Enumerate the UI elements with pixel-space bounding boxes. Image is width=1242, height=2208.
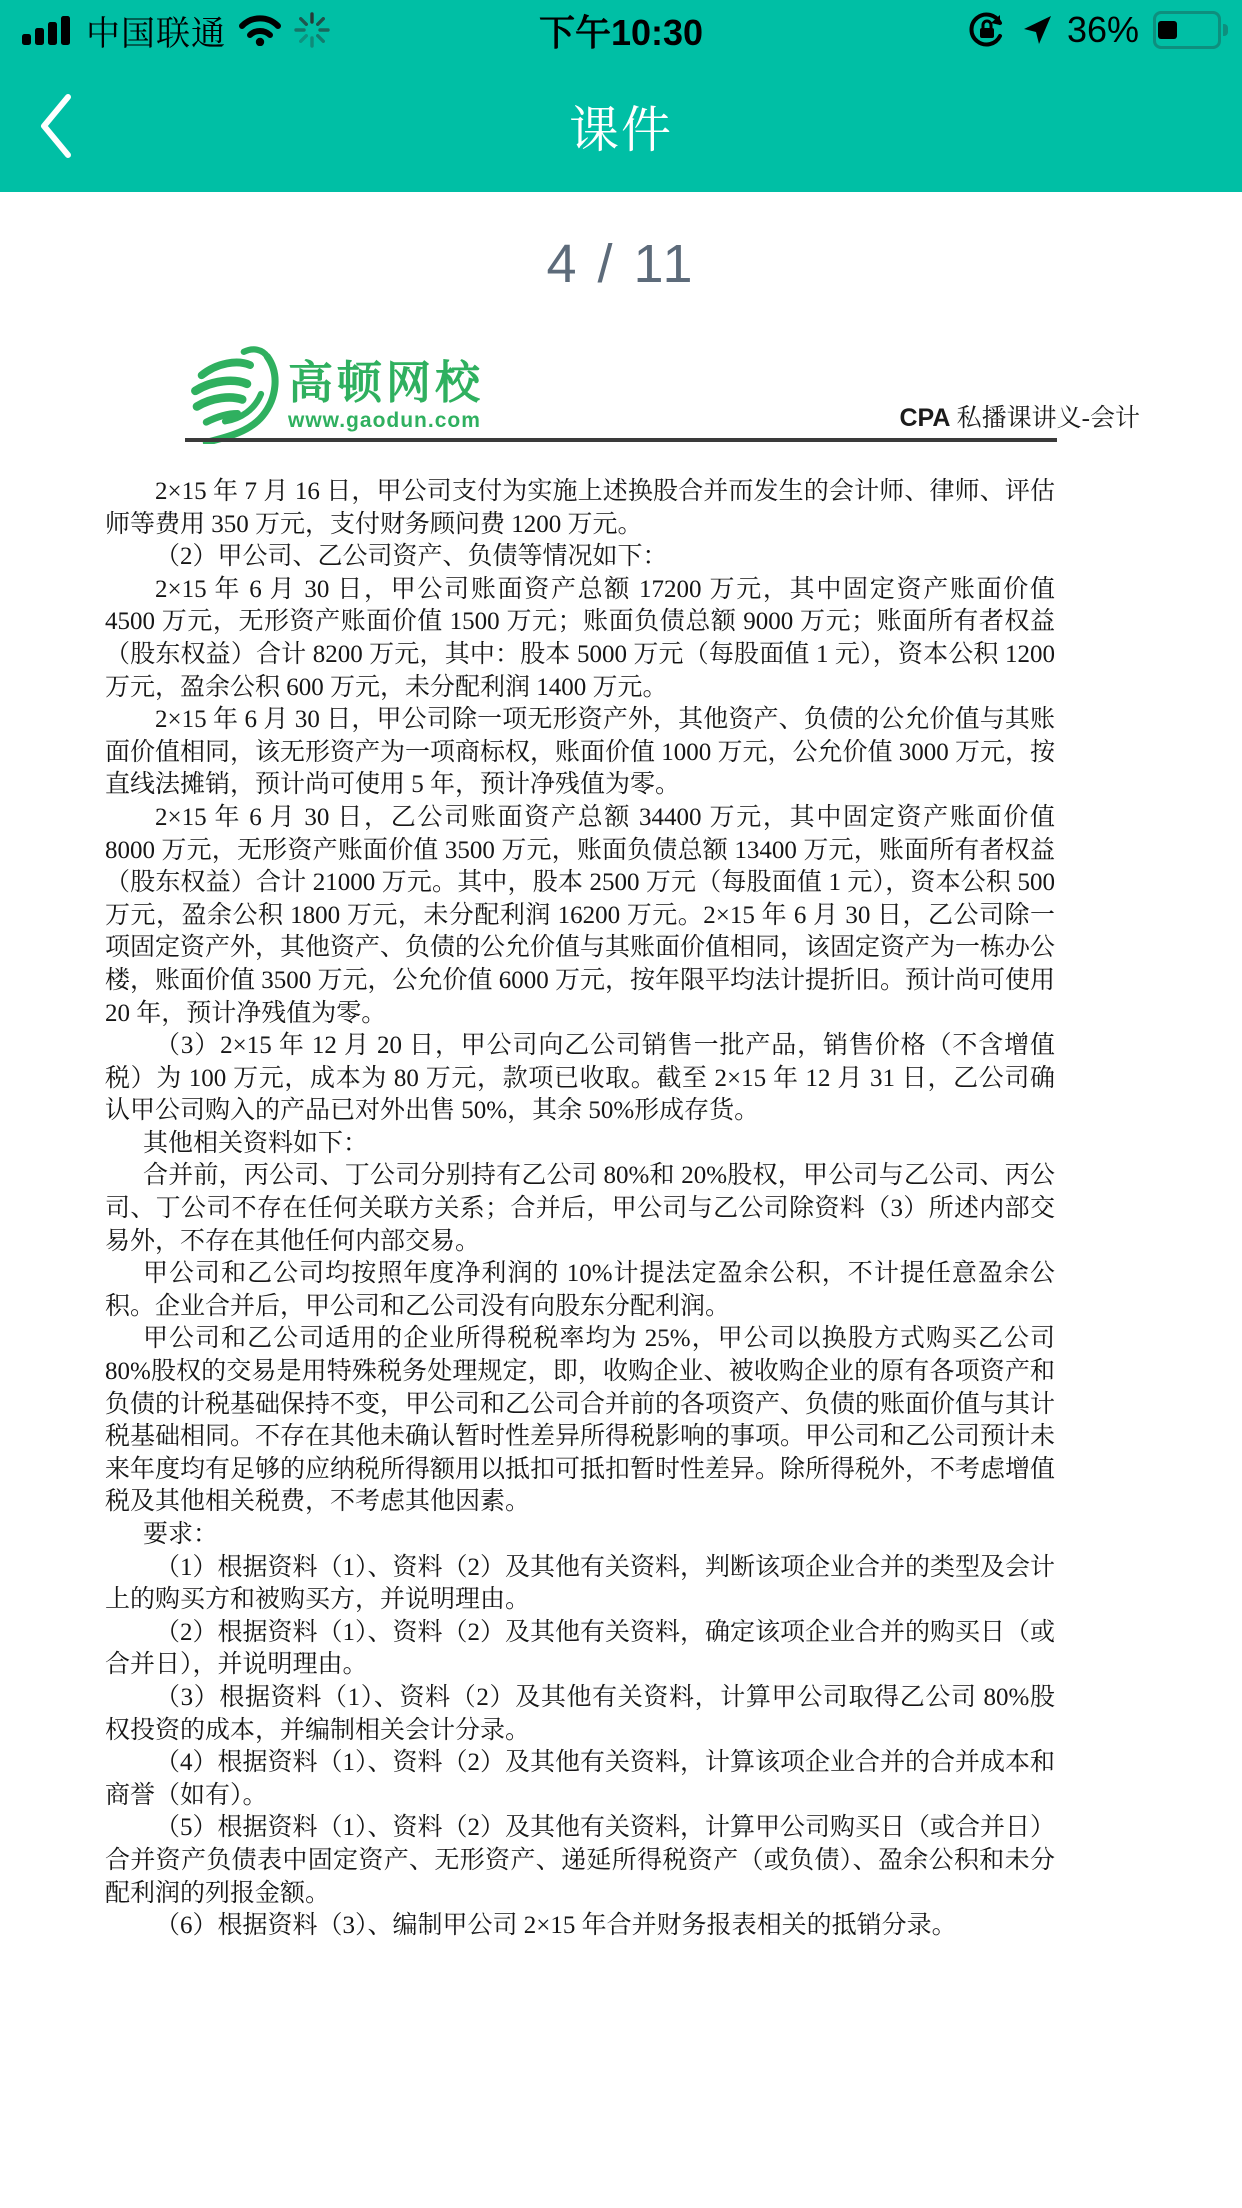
gaodun-logo-url: www.gaodun.com xyxy=(288,409,484,433)
document-paragraph: 要求： xyxy=(105,1519,1055,1552)
document-paragraph: （3）根据资料（1）、资料（2）及其他有关资料，计算甲公司取得乙公司 80%股权… xyxy=(105,1682,1055,1747)
document-paragraph: （4）根据资料（1）、资料（2）及其他有关资料，计算该项企业合并的合并成本和商誉… xyxy=(105,1747,1055,1812)
wifi-icon xyxy=(238,14,282,46)
document-paragraph: （1）根据资料（1）、资料（2）及其他有关资料，判断该项企业合并的类型及会计上的… xyxy=(105,1552,1055,1617)
status-bar: 中国联通 xyxy=(0,0,1242,60)
header-divider xyxy=(185,438,1057,442)
battery-nub xyxy=(1223,24,1228,36)
rotation-lock-icon xyxy=(967,10,1007,50)
document-header: 高顿网校 www.gaodun.com CPA 私播课讲义-会计 xyxy=(0,344,1242,440)
document-paragraph: 其他相关资料如下： xyxy=(105,1128,1055,1161)
document-paragraph: 甲公司和乙公司适用的企业所得税税率均为 25%，甲公司以换股方式购买乙公司 80… xyxy=(105,1323,1055,1519)
location-arrow-icon xyxy=(1021,14,1053,46)
status-bar-left: 中国联通 xyxy=(0,6,330,55)
document-paragraph: （2）甲公司、乙公司资产、负债等情况如下： xyxy=(105,541,1055,574)
top-teal-block: 中国联通 xyxy=(0,0,1242,192)
lecture-notes-text: 私播课讲义-会计 xyxy=(957,405,1140,432)
page-title: 课件 xyxy=(569,90,673,162)
status-bar-right: 36% xyxy=(967,9,1242,51)
document-paragraph: 2×15 年 7 月 16 日，甲公司支付为实施上述换股合并而发生的会计师、律师… xyxy=(105,476,1055,541)
cpa-label: CPA xyxy=(899,404,950,432)
document-paragraph: 2×15 年 6 月 30 日，乙公司账面资产总额 34400 万元，其中固定资… xyxy=(105,802,1055,1030)
chevron-left-icon xyxy=(36,91,76,161)
back-button[interactable] xyxy=(36,90,80,162)
gaodun-logo: 高顿网校 www.gaodun.com xyxy=(188,344,484,444)
carrier-label: 中国联通 xyxy=(86,6,226,55)
document-paragraph: 2×15 年 6 月 30 日，甲公司账面资产总额 17200 万元，其中固定资… xyxy=(105,574,1055,704)
document-paragraph: （2）根据资料（1）、资料（2）及其他有关资料，确定该项企业合并的购买日（或合并… xyxy=(105,1617,1055,1682)
activity-spinner-icon xyxy=(294,12,330,48)
document-page: 高顿网校 www.gaodun.com CPA 私播课讲义-会计 2×15 年 … xyxy=(0,344,1242,1943)
document-paragraph: 2×15 年 6 月 30 日，甲公司除一项无形资产外，其他资产、负债的公允价值… xyxy=(105,704,1055,802)
page-indicator: 4 / 11 xyxy=(0,234,1242,294)
courseware-viewer[interactable]: 4 / 11 xyxy=(0,234,1242,1943)
battery-icon xyxy=(1153,11,1228,49)
document-paragraph: 合并前，丙公司、丁公司分别持有乙公司 80%和 20%股权，甲公司与乙公司、丙公… xyxy=(105,1160,1055,1258)
document-paragraph: 甲公司和乙公司均按照年度净利润的 10%计提法定盈余公积，不计提任意盈余公积。企… xyxy=(105,1258,1055,1323)
nav-bar: 课件 xyxy=(0,60,1242,192)
document-paragraph: （6）根据资料（3）、编制甲公司 2×15 年合并财务报表相关的抵销分录。 xyxy=(105,1910,1055,1943)
battery-percent-label: 36% xyxy=(1067,9,1139,51)
document-paragraph: （3）2×15 年 12 月 20 日，甲公司向乙公司销售一批产品，销售价格（不… xyxy=(105,1030,1055,1128)
signal-bars-icon xyxy=(22,15,74,45)
gaodun-logo-text: 高顿网校 www.gaodun.com xyxy=(288,344,484,433)
gaodun-logo-title: 高顿网校 xyxy=(288,360,484,405)
document-body: 2×15 年 7 月 16 日，甲公司支付为实施上述换股合并而发生的会计师、律师… xyxy=(105,476,1055,1943)
lecture-notes-label: CPA 私播课讲义-会计 xyxy=(899,398,1140,434)
document-paragraph: （5）根据资料（1）、资料（2）及其他有关资料，计算甲公司购买日（或合并日）合并… xyxy=(105,1812,1055,1910)
battery-fill xyxy=(1158,21,1177,39)
gaodun-swirl-icon xyxy=(188,344,284,444)
